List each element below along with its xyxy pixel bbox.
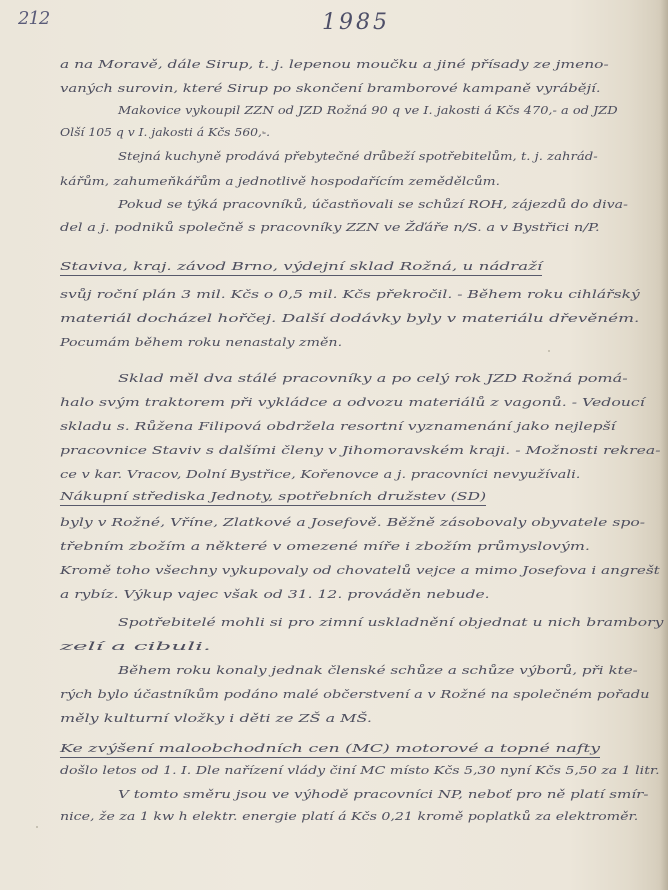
text-line: třebním zbožím a některé v omezené míře … — [60, 540, 590, 554]
text-line: Stejná kuchyně prodává přebytečné drůbež… — [118, 150, 598, 164]
text-line: Sklad měl dva stálé pracovníky a po celý… — [118, 372, 628, 386]
paper-speck — [548, 350, 550, 352]
paper-speck — [262, 131, 264, 133]
page-edge-shadow — [660, 0, 668, 890]
text-line: Během roku konaly jednak členské schůze … — [118, 664, 638, 678]
handwritten-chronicle-page: 212 1985 a na Moravě, dále Sirup, t. j. … — [0, 0, 668, 890]
text-line: Kromě toho všechny vykupovaly od chovate… — [60, 564, 660, 578]
text-line: Pokud se týká pracovníků, účastňovali se… — [118, 198, 628, 212]
text-line: došlo letos od 1. I. Dle nařízení vlády … — [60, 764, 660, 778]
text-line: vaných surovin, které Sirup po skončení … — [60, 82, 601, 96]
text-line: ce v kar. Vracov, Dolní Bystřice, Kořeno… — [60, 468, 580, 482]
text-line: zelí a cibuli. — [60, 640, 211, 654]
page-number: 212 — [18, 8, 49, 29]
section-heading: Staviva, kraj. závod Brno, výdejní sklad… — [60, 260, 542, 276]
section-heading: Nákupní střediska Jednoty, spotřebních d… — [60, 490, 486, 506]
text-line: V tomto směru jsou ve výhodě pracovníci … — [118, 788, 649, 802]
paper-speck — [36, 826, 38, 828]
text-line: skladu s. Růžena Filipová obdržela resor… — [60, 420, 616, 434]
text-line: měly kulturní vložky i děti ze ZŠ a MŠ. — [60, 712, 372, 726]
text-line: halo svým traktorem při vykládce a odvoz… — [60, 396, 645, 410]
text-line: Olší 105 q v I. jakosti á Kčs 560,-. — [60, 126, 270, 140]
text-line: rých bylo účastníkům podáno malé občerst… — [60, 688, 649, 702]
text-line: Makovice vykoupil ZZN od JZD Rožná 90 q … — [118, 104, 618, 118]
text-line: materiál docházel hořčej. Další dodávky … — [60, 312, 639, 326]
text-line: a rybíz. Výkup vajec však od 31. 12. pro… — [60, 588, 490, 602]
text-line: pracovnice Staviv s dalšími členy v Jiho… — [60, 444, 661, 458]
section-heading: Ke zvýšení maloobchodních cen (MC) motor… — [60, 742, 600, 758]
text-line: svůj roční plán 3 mil. Kčs o 0,5 mil. Kč… — [60, 288, 640, 302]
text-line: kářům, zahumeňkářům a jednotlivě hospoda… — [60, 175, 500, 189]
text-line: nice, že za 1 kw h elektr. energie platí… — [60, 810, 638, 824]
year-heading: 1985 — [322, 10, 390, 35]
text-line: byly v Rožné, Vříne, Zlatkové a Josefově… — [60, 516, 645, 530]
text-line: a na Moravě, dále Sirup, t. j. lepenou m… — [60, 58, 609, 72]
text-line: Pocumám během roku nenastaly změn. — [60, 336, 342, 350]
text-line: Spotřebitelé mohli si pro zimní uskladně… — [118, 616, 663, 630]
text-line: del a j. podniků společně s pracovníky Z… — [60, 221, 600, 235]
